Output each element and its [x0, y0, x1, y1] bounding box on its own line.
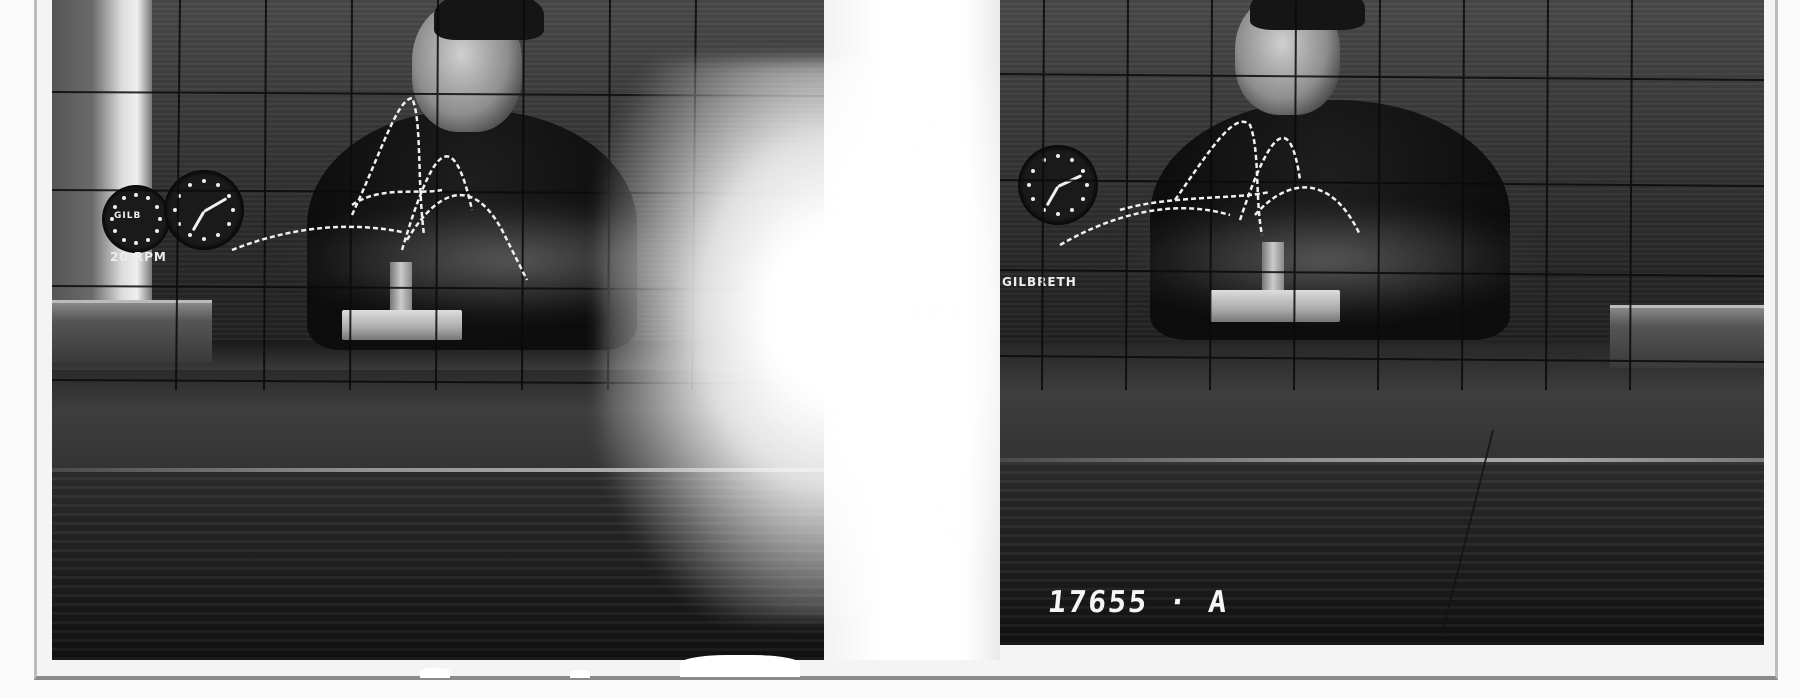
- clock-tick: [227, 222, 231, 226]
- clock-tick: [202, 237, 206, 241]
- clock-tick: [1056, 154, 1060, 158]
- clock-hand-minute: [203, 197, 227, 213]
- gilbreth-label: GILBRETH: [1002, 275, 1077, 289]
- right-stereo-frame: GILBRETH: [1000, 0, 1764, 645]
- clock-tick: [1031, 197, 1035, 201]
- clock-hand-hour: [1046, 186, 1060, 207]
- clock-tick: [231, 208, 235, 212]
- clock-tick: [1056, 212, 1060, 216]
- clock-label: GILB: [114, 211, 141, 221]
- rpm-label: 20 RPM: [110, 250, 167, 264]
- clock-tick: [177, 222, 181, 226]
- clock-tick: [1081, 197, 1085, 201]
- bench-fixture: [1210, 290, 1340, 322]
- clock-hand-hour: [192, 211, 206, 232]
- clock-tick: [1042, 208, 1046, 212]
- clock-tick: [216, 183, 220, 187]
- emulsion-chip: [570, 670, 590, 678]
- clock-tick: [1042, 158, 1046, 162]
- worker-hair: [434, 0, 544, 40]
- clock-tick: [146, 196, 150, 200]
- clock-hand-minute: [1057, 174, 1082, 188]
- small-clock: GILB: [102, 185, 170, 253]
- clock-tick: [155, 205, 159, 209]
- clock-tick: [1070, 208, 1074, 212]
- clock-tick: [1085, 183, 1089, 187]
- timer-clock: [164, 170, 244, 250]
- parts-tray: [52, 300, 212, 363]
- light-leak-glare: [600, 60, 1020, 620]
- clock-tick: [177, 194, 181, 198]
- fixture-post: [390, 262, 412, 312]
- parts-tray: [1610, 305, 1764, 368]
- clock-tick: [158, 217, 162, 221]
- clock-tick: [188, 233, 192, 237]
- clock-tick: [113, 229, 117, 233]
- clock-tick: [216, 233, 220, 237]
- clock-tick: [110, 217, 114, 221]
- emulsion-chip: [420, 668, 450, 678]
- worker-hair: [1250, 0, 1365, 30]
- clock-tick: [1070, 158, 1074, 162]
- clock-tick: [1031, 169, 1035, 173]
- clock-tick: [1027, 183, 1031, 187]
- clock-tick: [122, 238, 126, 242]
- clock-tick: [188, 183, 192, 187]
- fixture-post: [1262, 242, 1284, 292]
- clock-tick: [202, 179, 206, 183]
- clock-tick: [155, 229, 159, 233]
- clock-tick: [227, 194, 231, 198]
- clock-tick: [113, 205, 117, 209]
- clock-tick: [146, 238, 150, 242]
- clock-tick: [134, 193, 138, 197]
- emulsion-chip: [680, 655, 800, 677]
- plate-number-label: 17655 · A: [1046, 585, 1230, 620]
- clock-tick: [173, 208, 177, 212]
- clock-tick: [134, 241, 138, 245]
- timer-clock: [1018, 145, 1098, 225]
- clock-tick: [1081, 169, 1085, 173]
- bench-fixture: [342, 310, 462, 340]
- clock-tick: [122, 196, 126, 200]
